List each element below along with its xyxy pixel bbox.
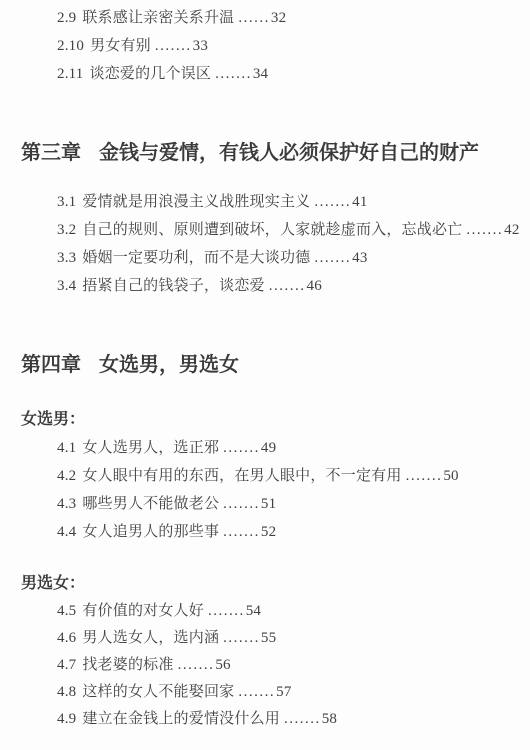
chapter4-heading: 第四章女选男，男选女 bbox=[21, 350, 516, 380]
dot-leader: ....... bbox=[208, 603, 245, 619]
entry-title: 有价值的对女人好 bbox=[82, 603, 204, 619]
entry-number: 2.9 bbox=[57, 10, 76, 26]
entry-title: 自己的规则、原则遭到破坏，人家就趁虚而入，忘战必亡 bbox=[82, 222, 462, 238]
dot-leader: ....... bbox=[223, 630, 260, 646]
dot-leader: ....... bbox=[178, 657, 215, 673]
entry-number: 4.3 bbox=[57, 496, 76, 512]
entry-page-number: 33 bbox=[193, 38, 208, 54]
dot-leader: ....... bbox=[284, 711, 321, 727]
entry-page-number: 43 bbox=[352, 250, 367, 266]
dot-leader: ....... bbox=[314, 250, 351, 266]
entry-title: 男人选女人，选内涵 bbox=[82, 630, 219, 646]
entry-number: 4.5 bbox=[57, 603, 76, 619]
entry-number: 3.3 bbox=[57, 250, 76, 266]
entry-title: 女人眼中有用的东西，在男人眼中，不一定有用 bbox=[82, 468, 401, 484]
entry-title: 这样的女人不能娶回家 bbox=[82, 684, 234, 700]
chapter-title: 女选男，男选女 bbox=[99, 354, 239, 376]
toc-entry: 4.3哪些男人不能做老公.......51 bbox=[57, 490, 516, 518]
toc-entry: 3.3婚姻一定要功利，而不是大谈功德.......43 bbox=[57, 244, 516, 272]
entry-number: 4.4 bbox=[57, 524, 76, 540]
entry-page-number: 41 bbox=[352, 194, 367, 210]
dot-leader: ....... bbox=[466, 222, 503, 238]
chapter-title: 金钱与爱情，有钱人必须保护好自己的财产 bbox=[99, 142, 479, 164]
entry-title: 捂紧自己的钱袋子，谈恋爱 bbox=[82, 278, 264, 294]
toc-entry: 4.1女人选男人，选正邪.......49 bbox=[57, 434, 516, 462]
toc-entry: 2.11谈恋爱的几个误区.......34 bbox=[57, 60, 516, 88]
entry-title: 找老婆的标准 bbox=[82, 657, 173, 673]
toc-entry: 2.10男女有别.......33 bbox=[57, 32, 516, 60]
toc-entry: 4.2女人眼中有用的东西，在男人眼中，不一定有用.......50 bbox=[57, 462, 516, 490]
entry-number: 3.1 bbox=[57, 194, 76, 210]
toc-entry: 3.1爱情就是用浪漫主义战胜现实主义.......41 bbox=[57, 188, 516, 216]
toc-entry: 4.6男人选女人，选内涵.......55 bbox=[57, 625, 516, 652]
chapter-number: 第四章 bbox=[21, 354, 81, 376]
entry-page-number: 46 bbox=[307, 278, 322, 294]
dot-leader: ....... bbox=[406, 468, 443, 484]
dot-leader: ....... bbox=[238, 684, 275, 700]
toc-entry: 3.2自己的规则、原则遭到破坏，人家就趁虚而入，忘战必亡.......42 bbox=[57, 216, 516, 244]
toc-entry: 4.8这样的女人不能娶回家.......57 bbox=[57, 679, 516, 706]
entry-page-number: 50 bbox=[443, 468, 458, 484]
dot-leader: ....... bbox=[223, 440, 260, 456]
chapter3-heading: 第三章金钱与爱情，有钱人必须保护好自己的财产 bbox=[21, 138, 516, 168]
entry-number: 4.7 bbox=[57, 657, 76, 673]
dot-leader: ....... bbox=[223, 496, 260, 512]
toc-entry: 4.9建立在金钱上的爱情没什么用.......58 bbox=[57, 706, 516, 733]
entry-number: 4.8 bbox=[57, 684, 76, 700]
entry-number: 2.11 bbox=[57, 66, 84, 82]
group-label-male-picks-female: 男选女： bbox=[21, 570, 516, 598]
entry-title: 建立在金钱上的爱情没什么用 bbox=[82, 711, 280, 727]
entry-title: 婚姻一定要功利，而不是大谈功德 bbox=[82, 250, 310, 266]
entry-page-number: 51 bbox=[261, 496, 276, 512]
dot-leader: ....... bbox=[215, 66, 252, 82]
dot-leader: ....... bbox=[269, 278, 306, 294]
chapter4-female-entries: 4.1女人选男人，选正邪.......49 4.2女人眼中有用的东西，在男人眼中… bbox=[57, 434, 516, 546]
entry-number: 3.4 bbox=[57, 278, 76, 294]
entry-page-number: 54 bbox=[246, 603, 261, 619]
chapter-number: 第三章 bbox=[21, 142, 81, 164]
dot-leader: ....... bbox=[314, 194, 351, 210]
entry-title: 谈恋爱的几个误区 bbox=[90, 66, 212, 82]
entry-page-number: 52 bbox=[261, 524, 276, 540]
dot-leader: ....... bbox=[223, 524, 260, 540]
entry-title: 女人追男人的那些事 bbox=[82, 524, 219, 540]
toc-entry: 4.7找老婆的标准.......56 bbox=[57, 652, 516, 679]
chapter2-entries: 2.9联系感让亲密关系升温......32 2.10男女有别.......33 … bbox=[57, 4, 516, 88]
entry-title: 联系感让亲密关系升温 bbox=[82, 10, 234, 26]
entry-page-number: 56 bbox=[215, 657, 230, 673]
entry-page-number: 58 bbox=[322, 711, 337, 727]
entry-title: 女人选男人，选正邪 bbox=[82, 440, 219, 456]
chapter3-entries: 3.1爱情就是用浪漫主义战胜现实主义.......41 3.2自己的规则、原则遭… bbox=[57, 188, 516, 300]
entry-number: 4.9 bbox=[57, 711, 76, 727]
group-label-female-picks-male: 女选男： bbox=[21, 406, 516, 434]
entry-number: 4.6 bbox=[57, 630, 76, 646]
entry-page-number: 55 bbox=[261, 630, 276, 646]
dot-leader: ....... bbox=[155, 38, 192, 54]
toc-page: 2.9联系感让亲密关系升温......32 2.10男女有别.......33 … bbox=[0, 0, 530, 750]
entry-page-number: 42 bbox=[504, 222, 519, 238]
entry-title: 爱情就是用浪漫主义战胜现实主义 bbox=[82, 194, 310, 210]
entry-number: 4.2 bbox=[57, 468, 76, 484]
toc-entry: 4.5有价值的对女人好.......54 bbox=[57, 598, 516, 625]
entry-title: 哪些男人不能做老公 bbox=[82, 496, 219, 512]
entry-title: 男女有别 bbox=[90, 38, 151, 54]
chapter4-male-entries: 4.5有价值的对女人好.......54 4.6男人选女人，选内涵.......… bbox=[57, 598, 516, 733]
toc-entry: 4.4女人追男人的那些事.......52 bbox=[57, 518, 516, 546]
entry-page-number: 57 bbox=[276, 684, 291, 700]
entry-page-number: 49 bbox=[261, 440, 276, 456]
toc-entry: 3.4捂紧自己的钱袋子，谈恋爱.......46 bbox=[57, 272, 516, 300]
entry-page-number: 32 bbox=[271, 10, 286, 26]
entry-number: 4.1 bbox=[57, 440, 76, 456]
entry-page-number: 34 bbox=[253, 66, 268, 82]
toc-entry: 2.9联系感让亲密关系升温......32 bbox=[57, 4, 516, 32]
dot-leader: ...... bbox=[238, 10, 270, 26]
entry-number: 2.10 bbox=[57, 38, 84, 54]
entry-number: 3.2 bbox=[57, 222, 76, 238]
